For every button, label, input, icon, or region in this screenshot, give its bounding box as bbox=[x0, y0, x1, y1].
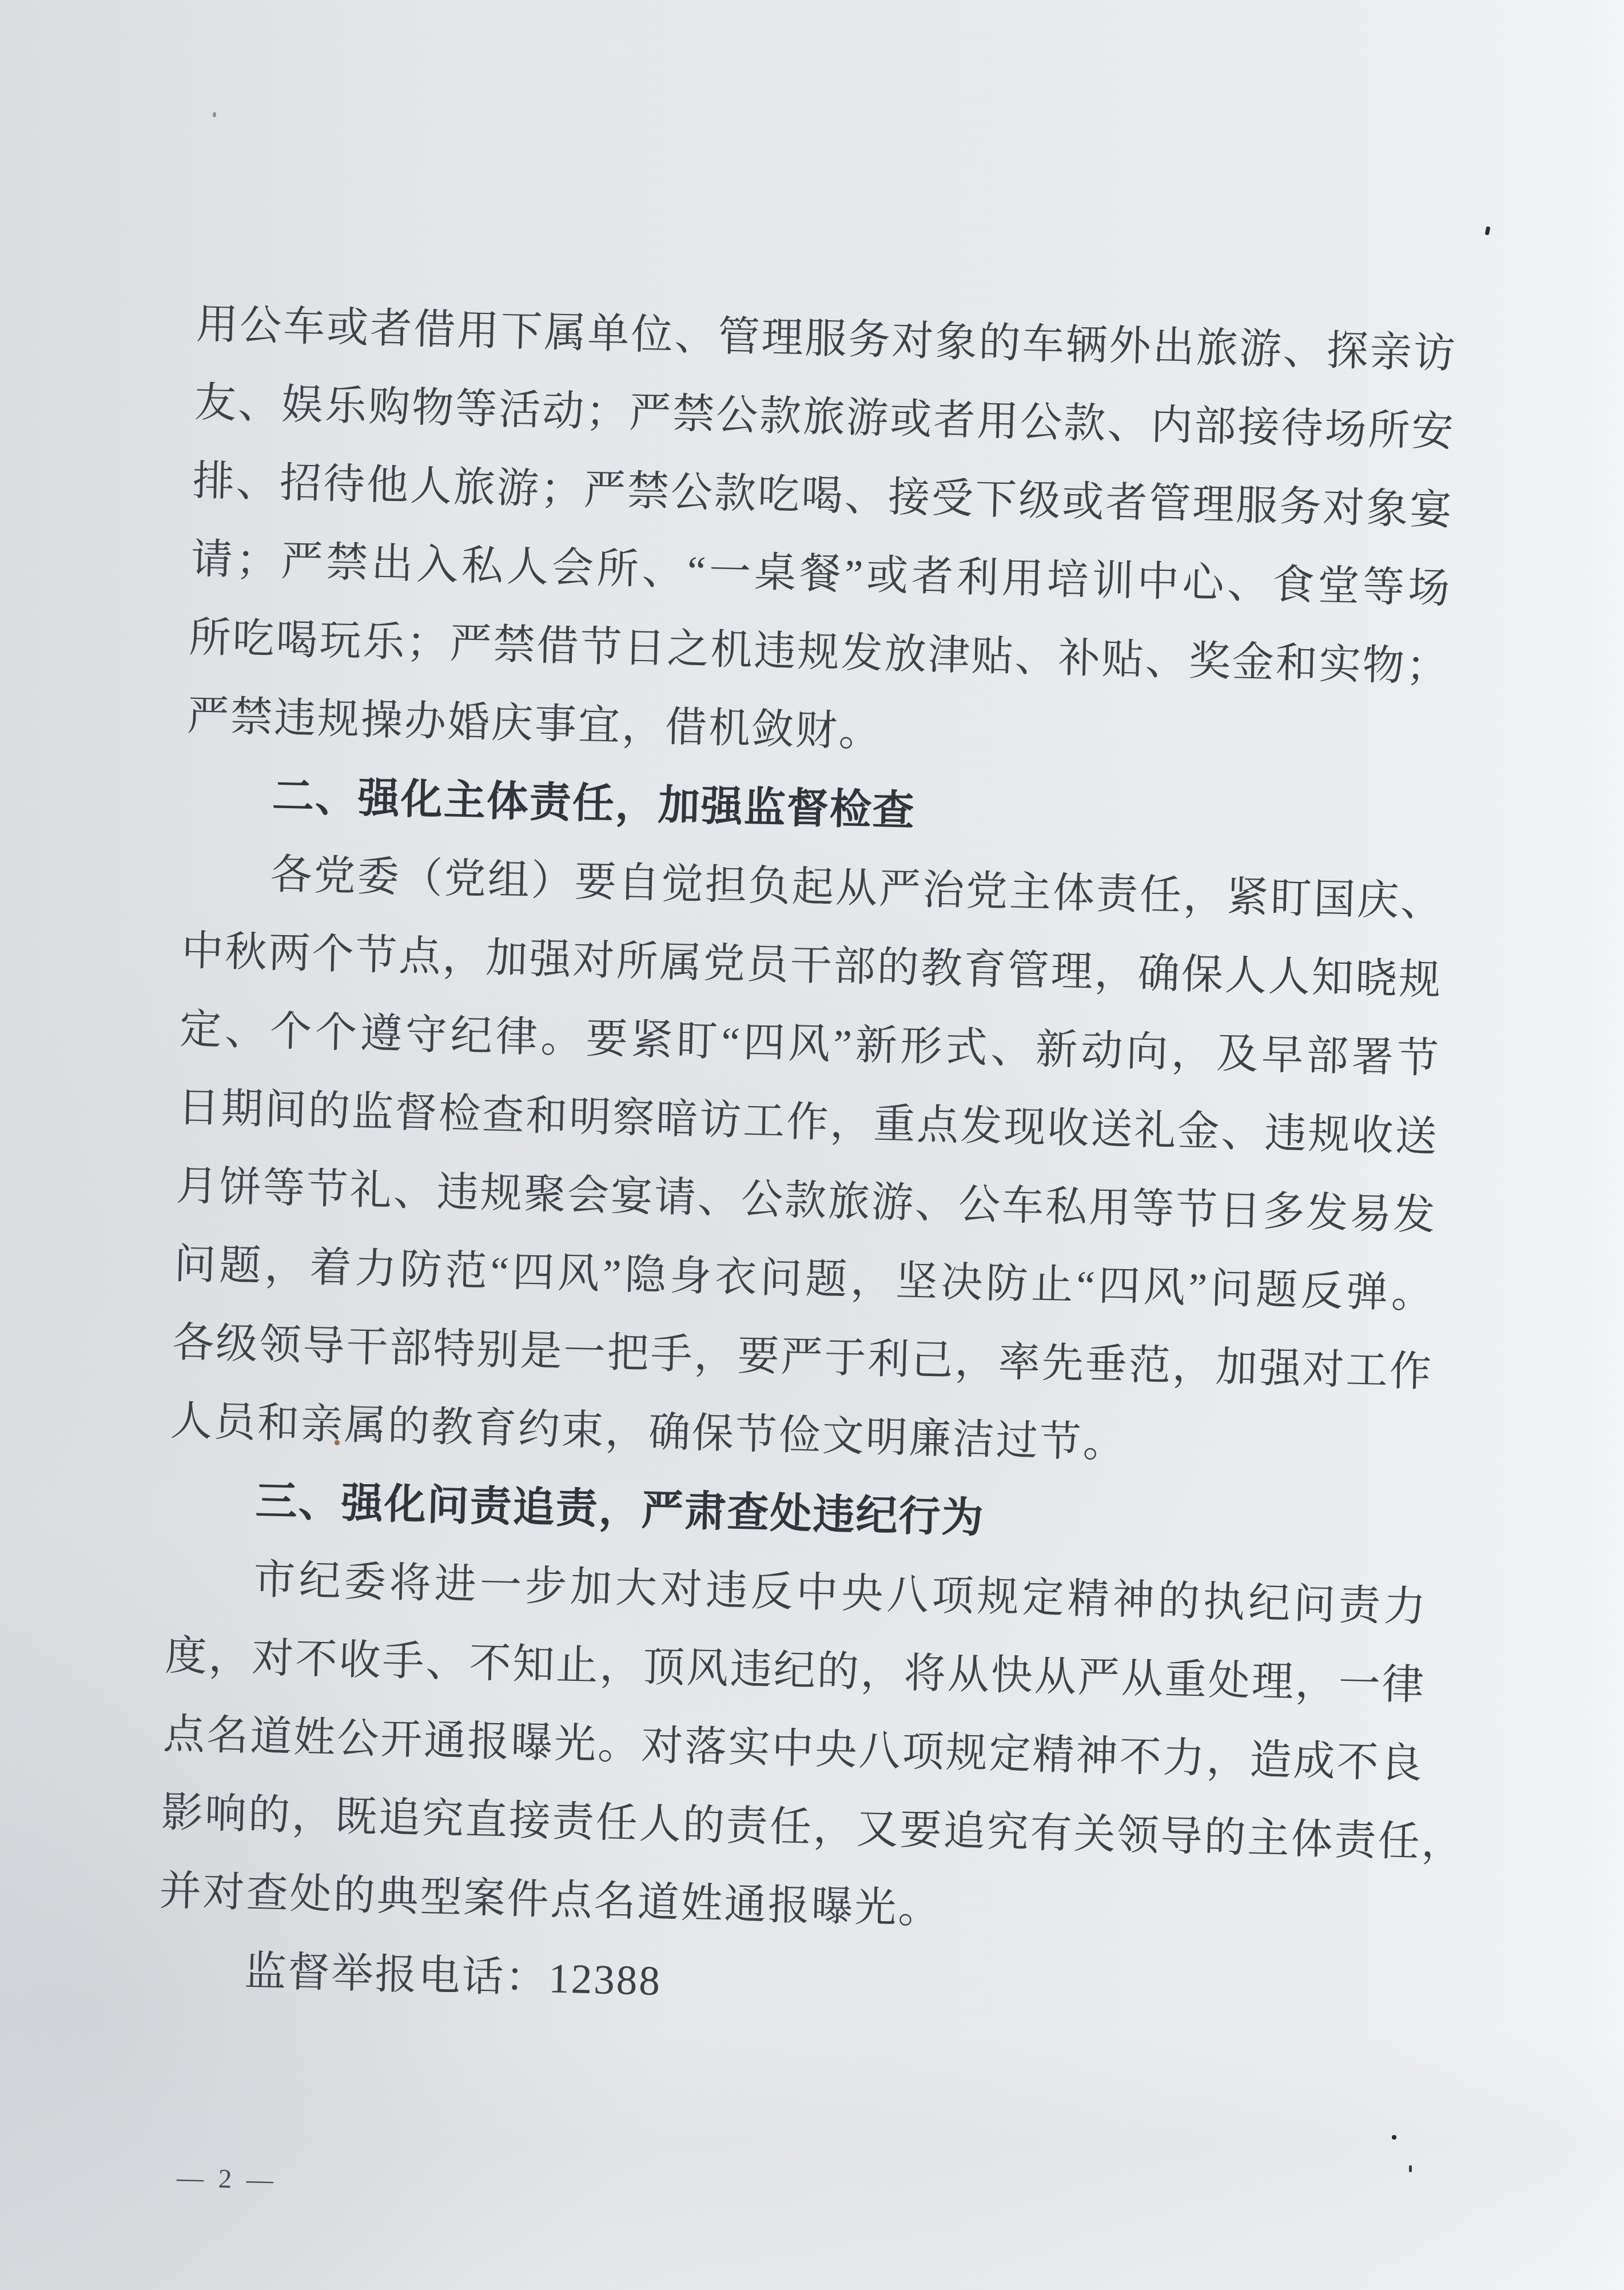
document-text: 用公车或者借用下属单位、管理服务对象的车辆外出旅游、探亲访友、娱乐购物等活动；严… bbox=[157, 285, 1458, 2038]
ink-mark bbox=[1409, 2165, 1412, 2172]
scan-streak-overlay bbox=[0, 2036, 1624, 2276]
ink-mark bbox=[1485, 226, 1491, 235]
scanned-document-page: { "page": { "footer": { "page_number_lab… bbox=[0, 0, 1624, 2290]
page-number: — 2 — bbox=[176, 2163, 277, 2195]
page-footer: — 2 — bbox=[176, 2162, 277, 2196]
dust-speck bbox=[213, 112, 216, 117]
dust-speck bbox=[1392, 2135, 1396, 2140]
